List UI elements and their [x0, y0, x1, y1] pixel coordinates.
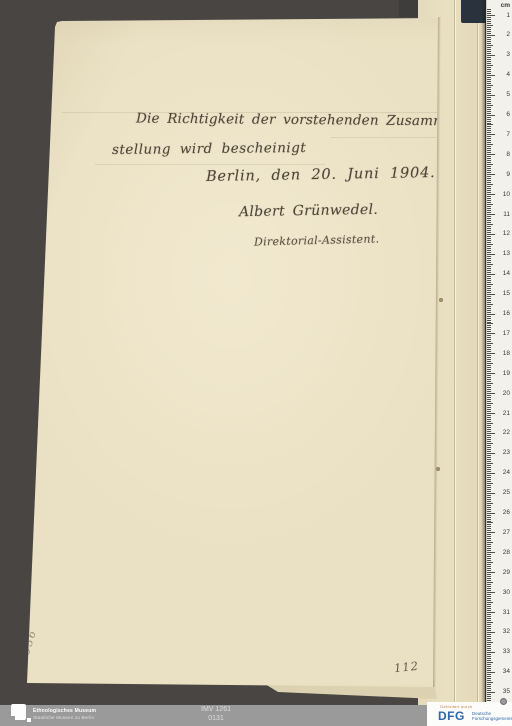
ruler-tick [487, 355, 491, 356]
ruler-tick [487, 166, 491, 167]
ruler-tick [487, 365, 491, 366]
ruler-tick [487, 214, 495, 215]
ruler-tick [487, 690, 491, 691]
ruler-tick [487, 371, 491, 372]
ruler-tick [487, 526, 491, 527]
ruler-tick [487, 393, 495, 394]
ruler-tick [487, 49, 491, 50]
ruler-tick [487, 403, 493, 404]
sheet-edge-highlight [478, 0, 479, 706]
ruler-tick [487, 11, 491, 12]
ruler-tick [487, 61, 491, 62]
ruler-tick [487, 154, 495, 155]
ruler-tick [487, 272, 491, 273]
ruler-tick [487, 600, 491, 601]
ruler-tick [487, 109, 491, 110]
ruler-tick [487, 467, 491, 468]
ruler-tick [487, 522, 493, 523]
ruler-tick [487, 262, 491, 263]
ruler-tick [487, 103, 491, 104]
ruler-number: 31 [503, 609, 510, 616]
ruler-tick [487, 148, 491, 149]
sheet-edge-highlight [455, 0, 456, 706]
ruler-tick [487, 81, 491, 82]
ruler-tick [487, 17, 491, 18]
ruler-tick [487, 552, 495, 553]
ruler-tick [487, 628, 491, 629]
ruler-number: 28 [503, 549, 510, 556]
ruler-tick [487, 238, 491, 239]
ruler-tick [487, 192, 491, 193]
ruler-tick [487, 69, 491, 70]
ruler-tick [487, 224, 493, 225]
ruler-tick [487, 312, 491, 313]
ruler-tick [487, 325, 491, 326]
ruler-tick [487, 246, 491, 247]
ruler-tick [487, 234, 495, 235]
dfg-logo: Gefördert durch DFG Deutsche Forschungsg… [427, 702, 512, 726]
ruler-number: 15 [503, 290, 510, 297]
ruler-tick [487, 658, 491, 659]
ruler-tick [487, 431, 491, 432]
ruler-tick [487, 548, 491, 549]
ruler-tick [487, 204, 493, 205]
ruler-tick [487, 463, 493, 464]
ruler-tick [487, 507, 491, 508]
ruler-number: 11 [503, 211, 510, 218]
ruler-tick [487, 620, 491, 621]
ruler-tick [487, 445, 491, 446]
ruler-tick [487, 327, 491, 328]
ruler-tick [487, 266, 491, 267]
ruler-number: 1 [506, 12, 510, 19]
ruler-tick [487, 286, 491, 287]
ruler-tick [487, 132, 491, 133]
pencil-page-number: 112 [393, 659, 419, 676]
ruler-tick [487, 606, 491, 607]
ruler-tick [487, 23, 491, 24]
ruler-number: 34 [503, 668, 510, 675]
ruler-number: 33 [503, 648, 510, 655]
ruler-tick [487, 425, 491, 426]
ruler-tick [487, 306, 491, 307]
dfg-name-line2: Forschungsgemeinschaft [472, 716, 512, 721]
ruler-tick [487, 41, 491, 42]
ruler-tick [487, 318, 491, 319]
ruler-tick [487, 256, 491, 257]
ruler-tick [487, 160, 491, 161]
ruler-tick [487, 413, 495, 414]
ruler-tick [487, 15, 495, 16]
ruler-tick [487, 51, 491, 52]
ruler-tick [487, 228, 491, 229]
ruler-tick [487, 459, 491, 460]
ruler-tick [487, 314, 495, 315]
ruler-tick [487, 198, 491, 199]
ruler-tick [487, 501, 491, 502]
ruler-tick [487, 216, 491, 217]
ruler-number: 24 [503, 469, 510, 476]
ruler-tick [487, 582, 493, 583]
ruler-tick [487, 509, 491, 510]
ruler-tick [487, 359, 491, 360]
ruler-tick [487, 399, 491, 400]
ruler-tick [487, 441, 491, 442]
ruler-tick [487, 574, 491, 575]
ruler-number: 32 [503, 628, 510, 635]
ruler-tick [487, 622, 493, 623]
ruler-tick [487, 489, 491, 490]
ruler-tick [487, 73, 491, 74]
ruler-number: 35 [503, 688, 510, 695]
ruler-tick [487, 99, 491, 100]
ruler-tick [487, 294, 495, 295]
ruler-tick [487, 560, 491, 561]
ruler-tick [487, 351, 491, 352]
ruler-tick [487, 345, 491, 346]
ruler-tick [487, 33, 491, 34]
ruler-tick [487, 602, 493, 603]
ruler-tick [487, 381, 491, 382]
ruler-tick [487, 455, 491, 456]
ruler-number: 12 [503, 230, 510, 237]
ruler-tick [487, 349, 491, 350]
ruler-number: 5 [506, 91, 510, 98]
ruler-tick [487, 248, 491, 249]
ruler-number: 7 [506, 131, 510, 138]
ruler-tick [487, 130, 491, 131]
ruler-tick [487, 115, 495, 116]
ruler-tick [487, 240, 491, 241]
ruler-tick [487, 590, 491, 591]
ruler-tick [487, 164, 493, 165]
ruler-tick [487, 550, 491, 551]
ruler-tick [487, 694, 491, 695]
ruler-tick [487, 9, 491, 10]
ruler-tick [487, 610, 491, 611]
ruler-tick [487, 497, 491, 498]
ruler-tick [487, 405, 491, 406]
ruler-unit-label: cm [501, 2, 510, 9]
ruler-tick [487, 105, 493, 106]
ruler-tick [487, 624, 491, 625]
ruler-tick [487, 684, 491, 685]
ruler-number: 13 [503, 250, 510, 257]
ruler-tick [487, 226, 491, 227]
ruler-tick [487, 433, 495, 434]
ruler-tick [487, 119, 491, 120]
ruler-tick [487, 152, 491, 153]
ruler-tick [487, 19, 491, 20]
ruler: cm 1234567891011121314151617181920212223… [486, 0, 512, 726]
ruler-tick [487, 618, 491, 619]
ruler-tick [487, 546, 491, 547]
ruler-tick [487, 417, 491, 418]
ruler-tick [487, 250, 491, 251]
ruler-tick [487, 194, 495, 195]
ruler-tick [487, 564, 491, 565]
ruler-number: 9 [506, 171, 510, 178]
ruler-tick [487, 274, 495, 275]
ruler-tick [487, 503, 493, 504]
ruler-tick [487, 407, 491, 408]
ruler-tick [487, 517, 491, 518]
ruler-tick [487, 375, 491, 376]
ruler-tick [487, 678, 491, 679]
ruler-tick [487, 383, 493, 384]
handwriting-line-2: stellung wird bescheinigt [112, 140, 306, 158]
ruler-tick [487, 292, 491, 293]
ruler-number: 21 [503, 410, 510, 417]
ruler-tick [487, 401, 491, 402]
ruler-number: 29 [503, 569, 510, 576]
ruler-tick [487, 650, 491, 651]
ruler-tick [487, 519, 491, 520]
ruler-tick [487, 298, 491, 299]
ruler-tick [487, 333, 495, 334]
paper-crease [95, 164, 325, 165]
ruler-tick [487, 95, 495, 96]
ruler-tick [487, 335, 491, 336]
signature: Albert Grünwedel. [239, 202, 378, 220]
ruler-tick [487, 87, 491, 88]
ruler-tick [487, 662, 493, 663]
ruler-tick [487, 626, 491, 627]
ruler-number: 30 [503, 589, 510, 596]
ruler-tick [487, 79, 491, 80]
ruler-tick [487, 343, 493, 344]
ruler-tick [487, 85, 493, 86]
ruler-tick [487, 387, 491, 388]
ruler-number: 3 [506, 51, 510, 58]
ruler-tick [487, 83, 491, 84]
ruler-tick [487, 656, 491, 657]
ruler-tick [487, 578, 491, 579]
ruler-tick [487, 242, 491, 243]
ruler-tick [487, 652, 495, 653]
ruler-tick [487, 270, 491, 271]
dfg-name: Deutsche Forschungsgemeinschaft [472, 711, 512, 721]
ruler-tick [487, 254, 495, 255]
ruler-tick [487, 447, 491, 448]
ruler-tick [487, 604, 491, 605]
ruler-tick [487, 568, 491, 569]
ruler-tick [487, 168, 491, 169]
ruler-tick [487, 664, 491, 665]
ruler-tick [487, 674, 491, 675]
ruler-tick [487, 377, 491, 378]
ruler-number: 14 [503, 270, 510, 277]
ruler-tick [487, 594, 491, 595]
ruler-tick [487, 397, 491, 398]
ruler-tick [487, 558, 491, 559]
ruler-number: 16 [503, 310, 510, 317]
ruler-tick [487, 59, 491, 60]
ruler-number: 22 [503, 429, 510, 436]
ruler-tick [487, 71, 491, 72]
ruler-tick [487, 57, 491, 58]
ruler-tick [487, 576, 491, 577]
ruler-tick [487, 570, 491, 571]
ruler-tick [487, 660, 491, 661]
ruler-tick [487, 308, 491, 309]
ruler-tick [487, 363, 493, 364]
ruler-tick [487, 284, 493, 285]
ruler-tick [487, 97, 491, 98]
ruler-tick [487, 634, 491, 635]
binding-hole [436, 467, 440, 471]
ruler-tick [487, 598, 491, 599]
ruler-tick [487, 47, 491, 48]
ruler-tick [487, 528, 491, 529]
ruler-tick [487, 77, 491, 78]
ruler-tick [487, 395, 491, 396]
ruler-tick [487, 654, 491, 655]
ruler-tick [487, 75, 495, 76]
dfg-acronym: DFG [438, 709, 465, 723]
ruler-tick [487, 13, 491, 14]
ruler-tick [487, 276, 491, 277]
ruler-tick [487, 53, 491, 54]
ruler-tick [487, 544, 491, 545]
ruler-tick [487, 101, 491, 102]
ruler-tick [487, 530, 491, 531]
ruler-tick [487, 415, 491, 416]
ruler-tick [487, 630, 491, 631]
ruler-tick [487, 471, 491, 472]
ruler-tick [487, 612, 495, 613]
ruler-tick [487, 290, 491, 291]
ruler-tick [487, 300, 491, 301]
ruler-tick [487, 566, 491, 567]
ruler-tick [487, 369, 491, 370]
ruler-tick [487, 461, 491, 462]
ruler-tick [487, 144, 493, 145]
ruler-tick [487, 37, 491, 38]
ruler-tick [487, 632, 495, 633]
ruler-tick [487, 515, 491, 516]
ruler-number: 26 [503, 509, 510, 516]
ruler-tick [487, 676, 491, 677]
ruler-tick [487, 640, 491, 641]
ruler-tick [487, 521, 491, 522]
ruler-tick [487, 419, 491, 420]
ruler-tick [487, 682, 493, 683]
ruler-tick [487, 475, 491, 476]
ruler-tick [487, 304, 493, 305]
ruler-tick [487, 473, 495, 474]
ruler-tick [487, 337, 491, 338]
ruler-tick [487, 123, 491, 124]
ruler-tick [487, 616, 491, 617]
ruler-tick [487, 686, 491, 687]
ruler-tick [487, 55, 495, 56]
ruler-tick [487, 288, 491, 289]
ruler-tick [487, 200, 491, 201]
ruler-tick [487, 538, 491, 539]
ruler-tick [487, 483, 493, 484]
ruler-tick [487, 174, 495, 175]
ruler-tick [487, 505, 491, 506]
ruler-tick [487, 202, 491, 203]
ruler-tick [487, 409, 491, 410]
ruler-tick [487, 220, 491, 221]
ruler-tick [487, 117, 491, 118]
ruler-tick [487, 495, 491, 496]
ruler-tick [487, 31, 491, 32]
ruler-tick [487, 556, 491, 557]
ruler-number: 8 [506, 151, 510, 158]
ruler-tick [487, 146, 491, 147]
ruler-tick [487, 45, 493, 46]
ruler-tick [487, 586, 491, 587]
handwriting-line-1: Die Richtigkeit der vorstehenden Zusamme… [136, 111, 468, 130]
ruler-tick [487, 302, 491, 303]
ruler-tick [487, 91, 491, 92]
ruler-tick [487, 156, 491, 157]
ruler-tick [487, 451, 491, 452]
ruler-tick [487, 206, 491, 207]
ruler-tick [487, 540, 491, 541]
ruler-tick [487, 562, 493, 563]
ruler-tick [487, 150, 491, 151]
ruler-tick [487, 692, 495, 693]
ruler-tick [487, 666, 491, 667]
ruler-tick [487, 580, 491, 581]
ruler-tick [487, 162, 491, 163]
ruler-tick [487, 491, 491, 492]
ruler-tick [487, 252, 491, 253]
ruler-tick [487, 443, 493, 444]
ruler-tick [487, 361, 491, 362]
ruler-tick [487, 322, 491, 323]
ruler-tick [487, 320, 491, 321]
ruler-tick [487, 534, 491, 535]
ruler-tick [487, 357, 491, 358]
ruler-tick [487, 373, 495, 374]
ruler-tick [487, 439, 491, 440]
ruler-tick [487, 642, 493, 643]
ruler-tick [487, 111, 491, 112]
ruler-tick [487, 158, 491, 159]
ruler-tick [487, 487, 491, 488]
ruler-tick [487, 178, 491, 179]
ruler-tick [487, 282, 491, 283]
ruler-tick [487, 222, 491, 223]
ruler-tick [487, 379, 491, 380]
ruler-number: 23 [503, 449, 510, 456]
ruler-tick [487, 210, 491, 211]
ruler-tick [487, 465, 491, 466]
ruler-tick [487, 121, 491, 122]
ruler-tick [487, 481, 491, 482]
ruler-tick [487, 584, 491, 585]
ruler-tick [487, 477, 491, 478]
ruler-tick [487, 427, 491, 428]
ruler-tick [487, 572, 495, 573]
ruler-tick [487, 672, 495, 673]
ruler-tick [487, 493, 495, 494]
ruler-tick [487, 142, 491, 143]
ruler-tick [487, 126, 491, 127]
ruler-number: 19 [503, 370, 510, 377]
ruler-tick [487, 21, 491, 22]
binding-screw-icon [500, 698, 507, 705]
ruler-tick [487, 367, 491, 368]
ruler-tick [487, 339, 491, 340]
ruler-tick [487, 180, 491, 181]
ruler-tick [487, 341, 491, 342]
